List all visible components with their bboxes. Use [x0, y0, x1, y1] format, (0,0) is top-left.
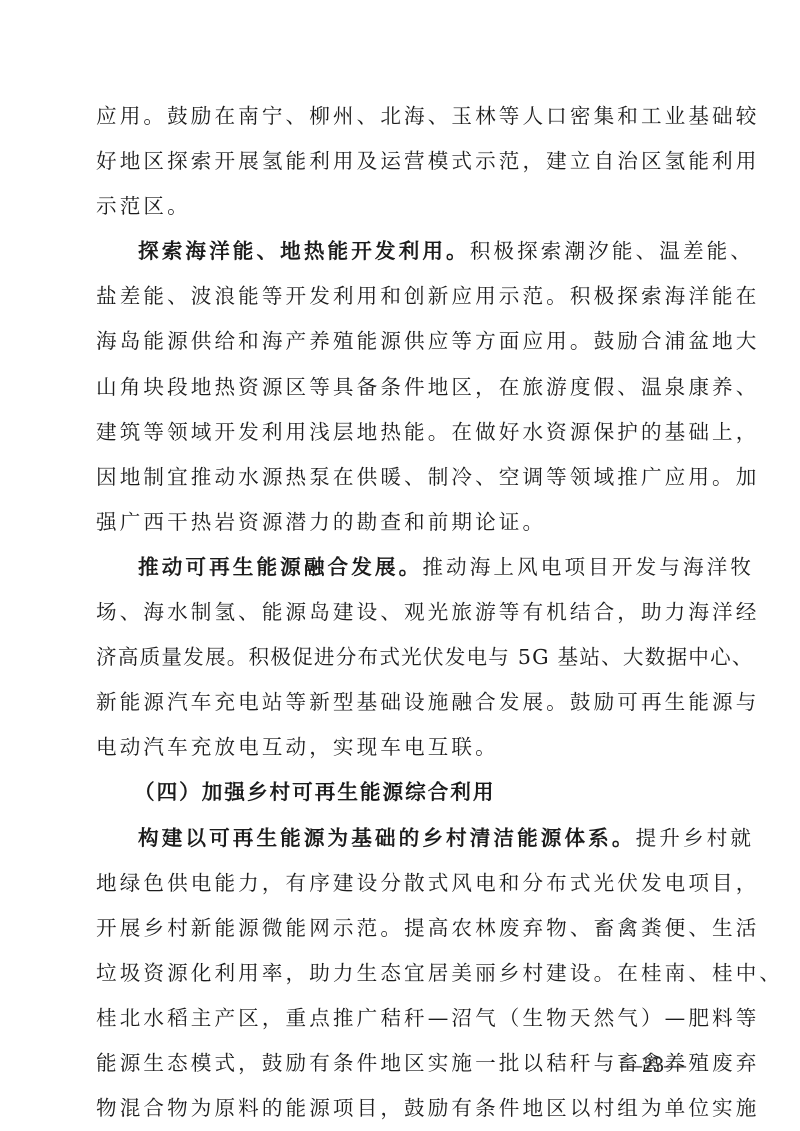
paragraph-first-line: 推动可再生能源融合发展。推动海上风电项目开发与海洋牧 [96, 545, 708, 590]
text-line: 示范区。 [96, 184, 708, 229]
section-heading: （四）加强乡村可再生能源综合利用 [96, 770, 708, 815]
text-line: 地绿色供电能力，有序建设分散式风电和分布式光伏发电项目， [96, 861, 708, 906]
paragraph-first-line: 构建以可再生能源为基础的乡村清洁能源体系。提升乡村就 [96, 816, 708, 861]
text-line: 因地制宜推动水源热泵在供暖、制冷、空调等领域推广应用。加 [96, 455, 708, 500]
text-line: 电动汽车充放电互动，实现车电互联。 [96, 725, 708, 770]
paragraph-lead-heading: 探索海洋能、地热能开发利用。 [138, 239, 470, 263]
paragraph-first-line: 探索海洋能、地热能开发利用。积极探索潮汐能、温差能、 [96, 229, 708, 274]
text-line: 海岛能源供给和海产养殖能源供应等方面应用。鼓励合浦盆地大 [96, 319, 708, 364]
text-line: 济高质量发展。积极促进分布式光伏发电与 5G 基站、大数据中心、 [96, 635, 708, 680]
text-line: 强广西干热岩资源潜力的勘查和前期论证。 [96, 500, 708, 545]
text-line: 山角块段地热资源区等具备条件地区，在旅游度假、温泉康养、 [96, 365, 708, 410]
text-line: 好地区探索开展氢能利用及运营模式示范，建立自治区氢能利用 [96, 139, 708, 184]
text-run: 提升乡村就 [636, 826, 754, 850]
text-line: 桂北水稻主产区，重点推广秸秆—沼气（生物天然气）—肥料等 [96, 996, 708, 1041]
page-number: —23— [620, 1052, 686, 1078]
text-line: 场、海水制氢、能源岛建设、观光旅游等有机结合，助力海洋经 [96, 590, 708, 635]
text-line: 新能源汽车充电站等新型基础设施融合发展。鼓励可再生能源与 [96, 680, 708, 725]
text-run: 积极探索潮汐能、温差能、 [470, 239, 754, 263]
paragraph-lead-heading: 推动可再生能源融合发展。 [138, 555, 422, 579]
text-run: 推动海上风电项目开发与海洋牧 [422, 555, 754, 579]
text-line: 能源生态模式，鼓励有条件地区实施一批以秸秆与畜禽养殖废弃 [96, 1041, 708, 1086]
text-line: 应用。鼓励在南宁、柳州、北海、玉林等人口密集和工业基础较 [96, 94, 708, 139]
paragraph-lead-heading: 构建以可再生能源为基础的乡村清洁能源体系。 [138, 826, 636, 850]
text-line: 垃圾资源化利用率，助力生态宜居美丽乡村建设。在桂南、桂中、 [96, 951, 708, 996]
document-page: 应用。鼓励在南宁、柳州、北海、玉林等人口密集和工业基础较 好地区探索开展氢能利用… [96, 94, 708, 1131]
text-line: 物混合物为原料的能源项目，鼓励有条件地区以村组为单位实施 [96, 1086, 708, 1131]
text-line: 盐差能、波浪能等开发利用和创新应用示范。积极探索海洋能在 [96, 274, 708, 319]
text-line: 建筑等领域开发利用浅层地热能。在做好水资源保护的基础上， [96, 410, 708, 455]
text-line: 开展乡村新能源微能网示范。提高农林废弃物、畜禽粪便、生活 [96, 906, 708, 951]
